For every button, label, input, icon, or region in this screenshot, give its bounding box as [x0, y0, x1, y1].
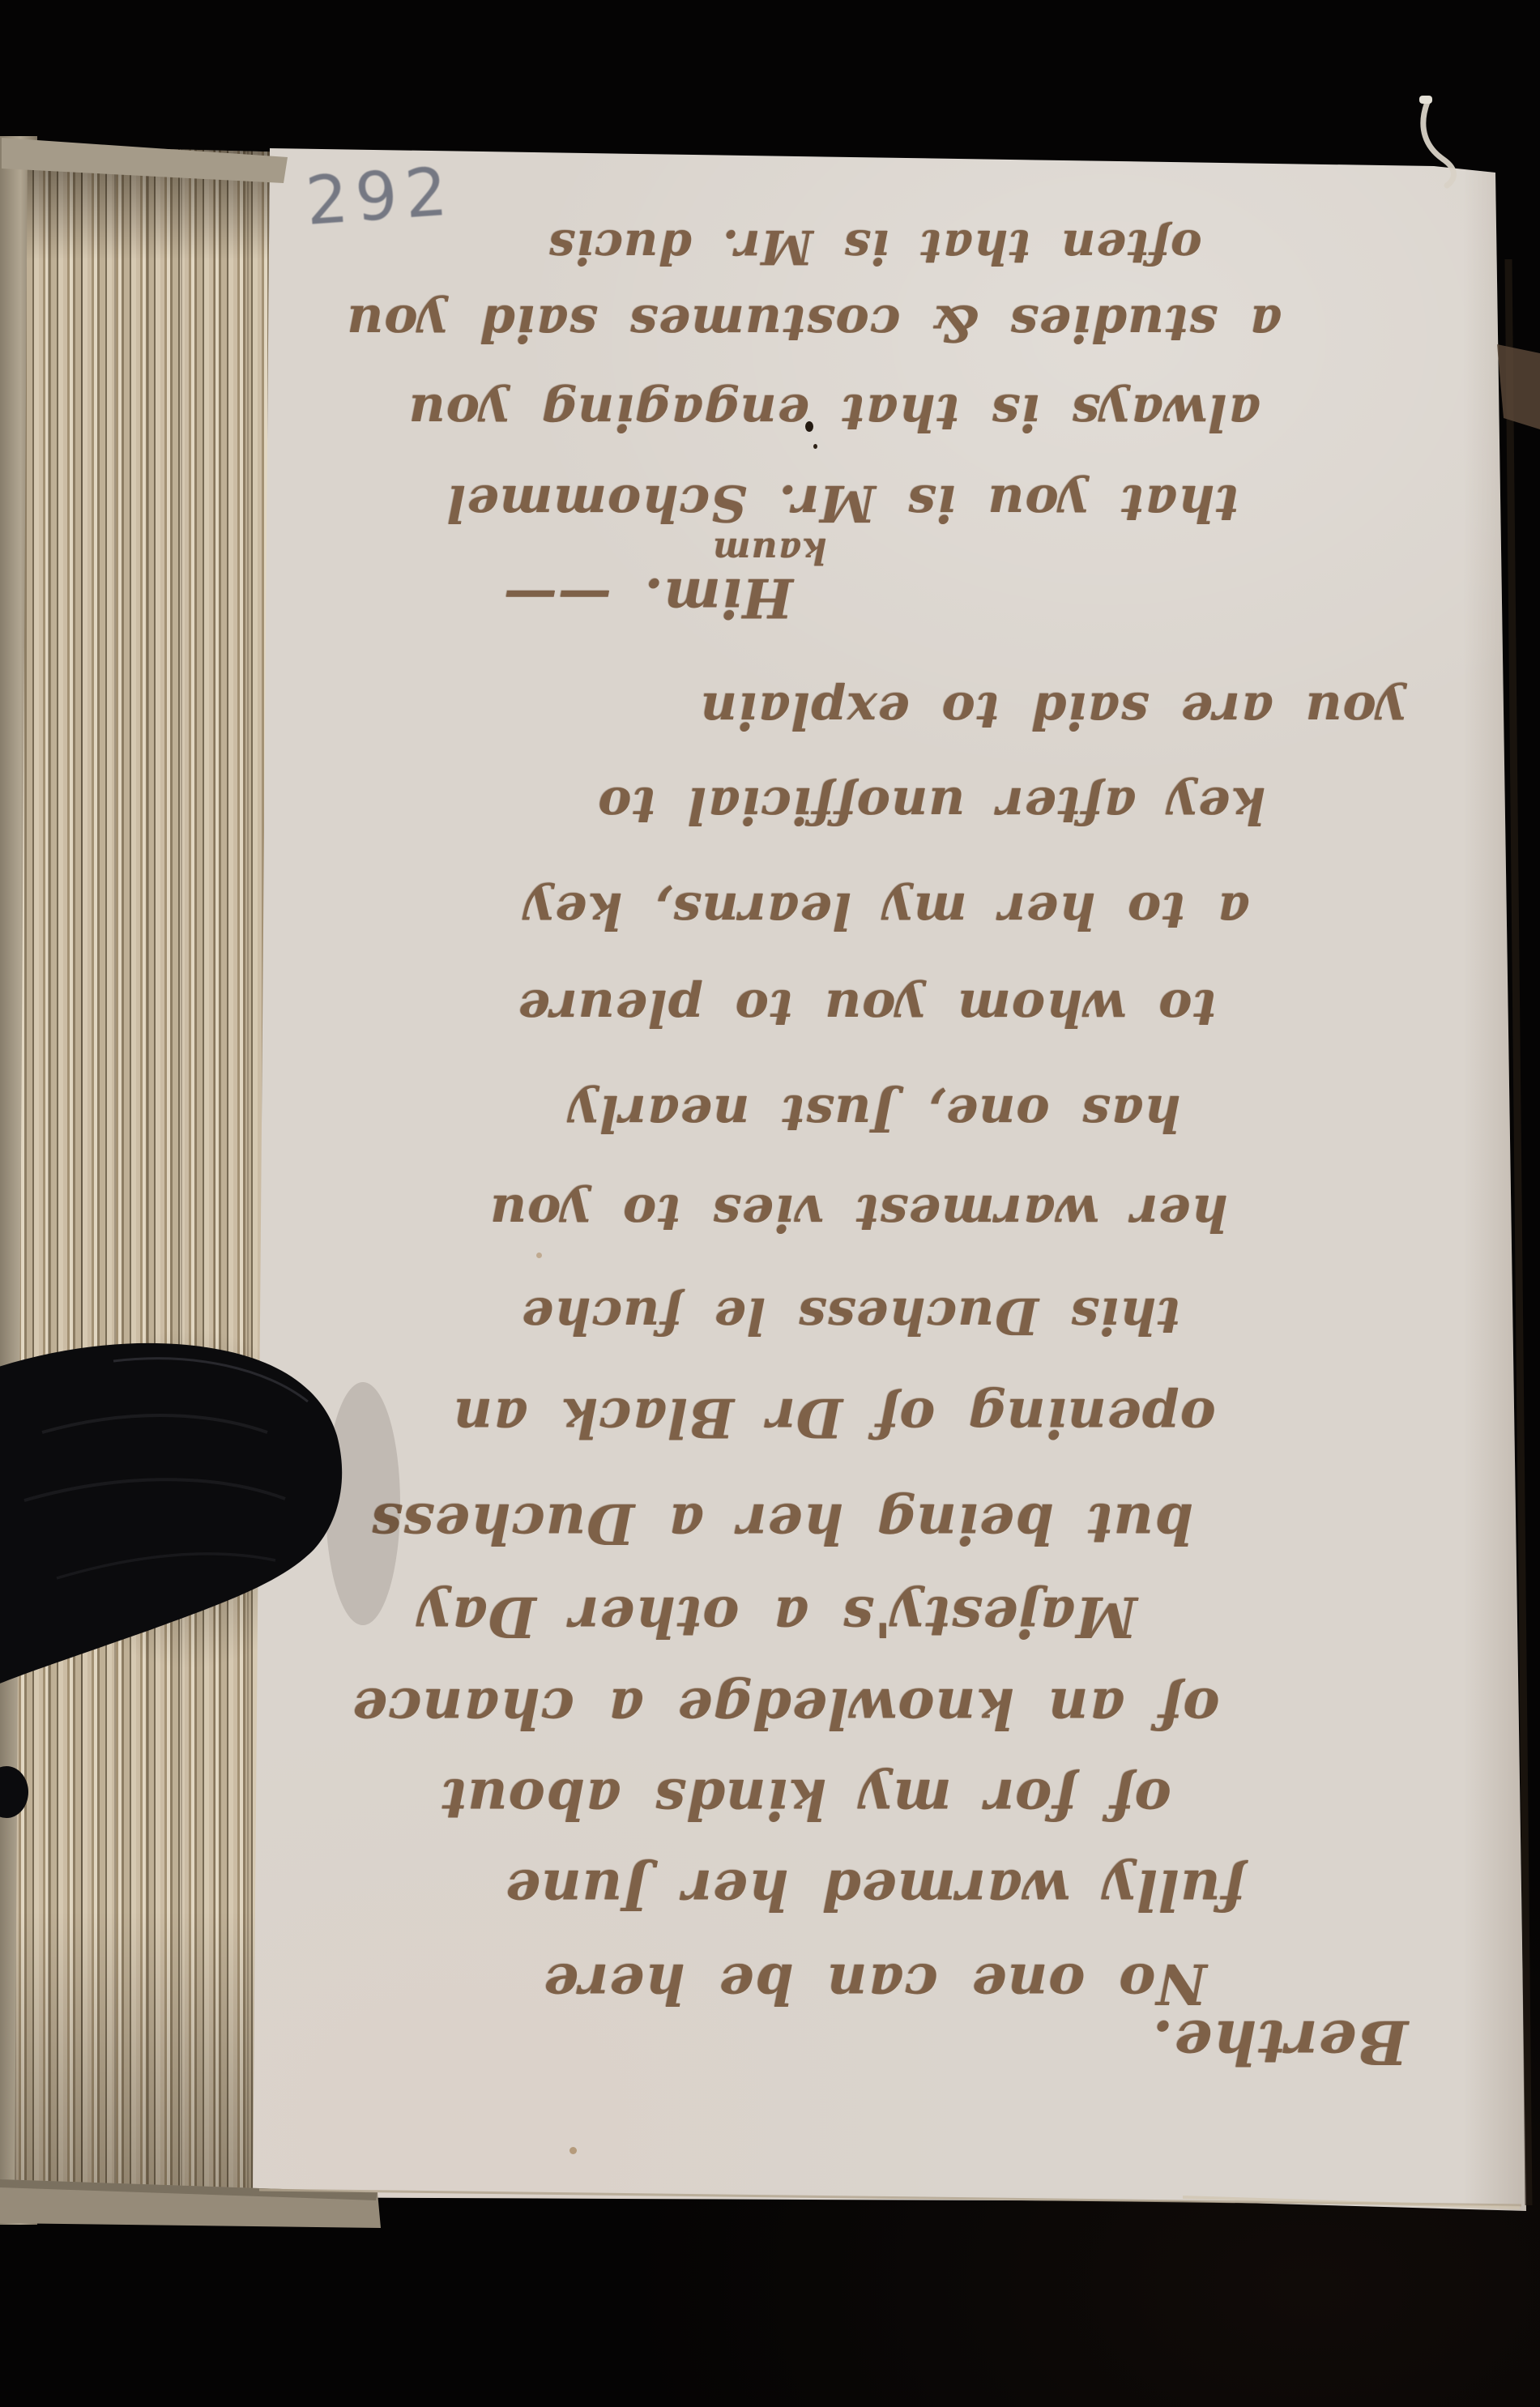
bookmark-thread	[1423, 102, 1454, 186]
manuscript-photo: 292 often that is Mr. ducis a studies & …	[0, 0, 1540, 2407]
gutter-shadow-line	[1508, 259, 1529, 2205]
gloved-finger	[0, 1343, 342, 1685]
facing-page-sliver	[1497, 344, 1540, 429]
thread-end	[1419, 96, 1432, 104]
glove-edge-blob	[0, 1766, 28, 1818]
photo-overlay	[0, 0, 1540, 2407]
